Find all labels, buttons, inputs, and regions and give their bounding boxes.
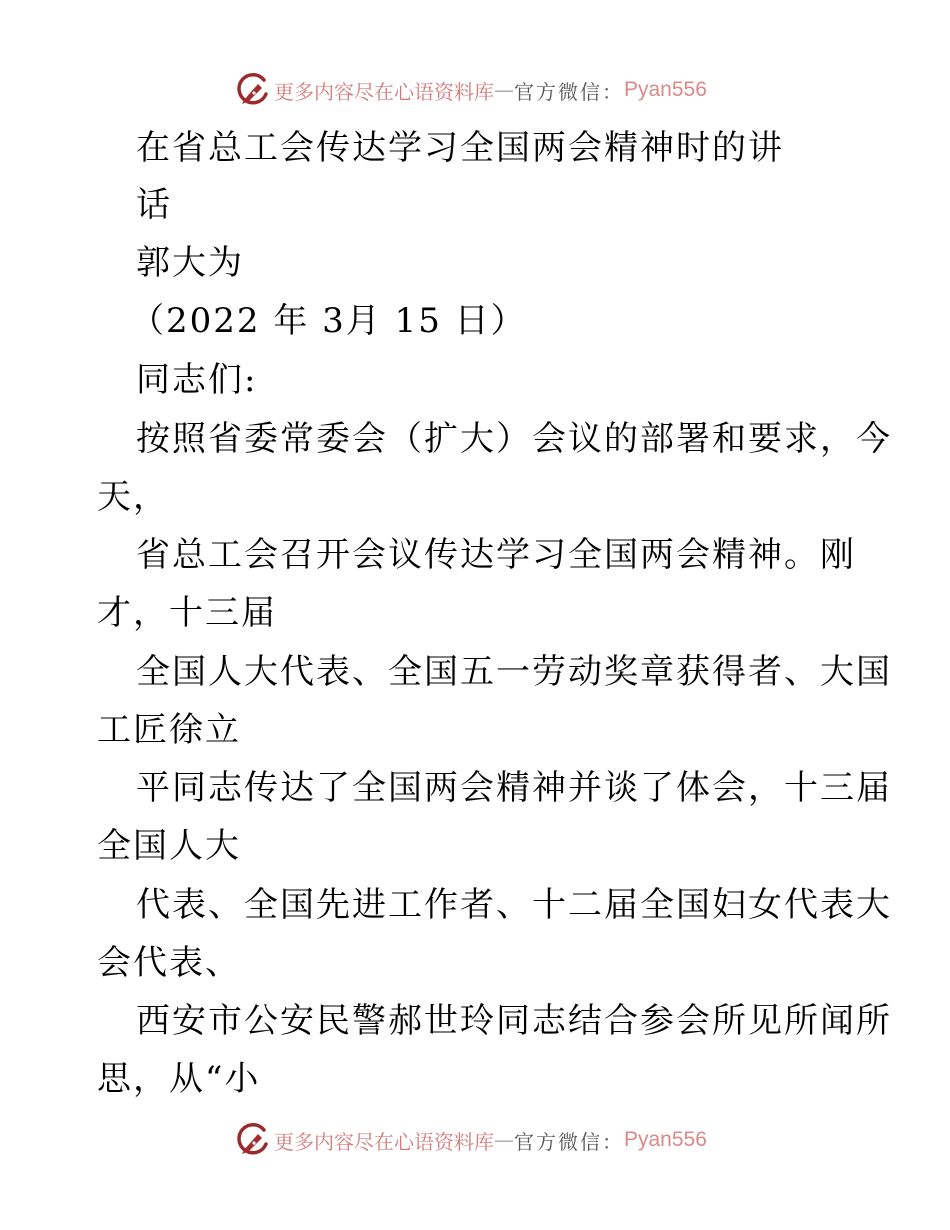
watermark-wechat-id: Pyan556: [624, 1128, 707, 1152]
document-author: 郭大为: [136, 243, 244, 283]
watermark-wechat-label: 官方微信：: [514, 1126, 624, 1155]
paragraph-line: 天，: [97, 477, 169, 517]
paragraph-line: 才，十三届: [97, 593, 277, 633]
pen-circle-logo-icon: [234, 1122, 270, 1158]
paragraph-line: 全国人大: [97, 826, 241, 866]
paragraph-line: 按照省委常委会（扩大）会议的部署和要求，今: [136, 419, 892, 459]
paragraph-line: 思，从“小: [97, 1059, 260, 1099]
paragraph-line: 平同志传达了全国两会精神并谈了体会，十三届: [136, 768, 892, 808]
watermark-dash: —: [494, 78, 514, 102]
paragraph-line: 工匠徐立: [97, 710, 241, 750]
watermark-dash: —: [494, 1128, 514, 1152]
footer-watermark: 更多内容尽在心语资料库 — 官方微信： Pyan556: [234, 1120, 707, 1160]
paragraph-line: 省总工会召开会议传达学习全国两会精神。刚: [136, 535, 856, 575]
watermark-wechat-id: Pyan556: [624, 78, 707, 102]
document-date: （2022 年 3月 15 日）: [130, 301, 527, 341]
document-title-line-1: 在省总工会传达学习全国两会精神时的讲: [136, 128, 784, 168]
watermark-site-text: 更多内容尽在心语资料库: [274, 1126, 494, 1155]
document-title-line-2: 话: [136, 185, 172, 225]
pen-circle-logo-icon: [234, 72, 270, 108]
header-watermark: 更多内容尽在心语资料库 — 官方微信： Pyan556: [234, 70, 707, 110]
watermark-site-text: 更多内容尽在心语资料库: [274, 76, 494, 105]
paragraph-line: 会代表、: [97, 943, 241, 983]
paragraph-line: 代表、全国先进工作者、十二届全国妇女代表大: [136, 885, 892, 925]
watermark-wechat-label: 官方微信：: [514, 76, 624, 105]
document-salutation: 同志们:: [136, 360, 257, 400]
paragraph-line: 全国人大代表、全国五一劳动奖章获得者、大国: [136, 652, 892, 692]
paragraph-line: 西安市公安民警郝世玲同志结合参会所见所闻所: [136, 1001, 892, 1041]
